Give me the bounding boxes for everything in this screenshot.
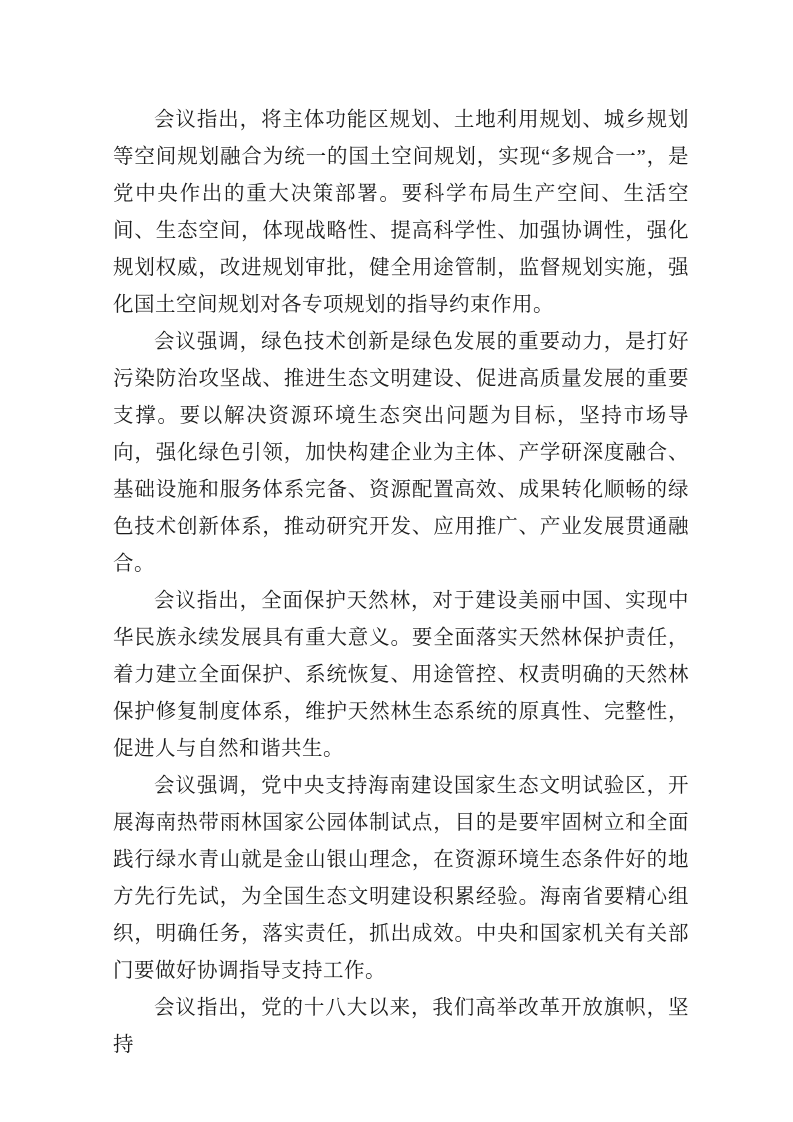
paragraph-spatial-planning: 会议指出，将主体功能区规划、土地利用规划、城乡规划等空间规划融合为统一的国土空间… bbox=[113, 102, 689, 324]
document-page: 会议指出，将主体功能区规划、土地利用规划、城乡规划等空间规划融合为统一的国土空间… bbox=[0, 0, 793, 1122]
paragraph-green-technology: 会议强调，绿色技术创新是绿色发展的重要动力，是打好污染防治攻坚战、推进生态文明建… bbox=[113, 324, 689, 583]
paragraph-natural-forest: 会议指出，全面保护天然林，对于建设美丽中国、实现中华民族永续发展具有重大意义。要… bbox=[113, 583, 689, 768]
document-body: 会议指出，将主体功能区规划、土地利用规划、城乡规划等空间规划融合为统一的国土空间… bbox=[113, 102, 689, 1064]
paragraph-reform-opening: 会议指出，党的十八大以来，我们高举改革开放旗帜，坚持 bbox=[113, 990, 689, 1064]
paragraph-hainan-pilot-zone: 会议强调，党中央支持海南建设国家生态文明试验区，开展海南热带雨林国家公园体制试点… bbox=[113, 768, 689, 990]
